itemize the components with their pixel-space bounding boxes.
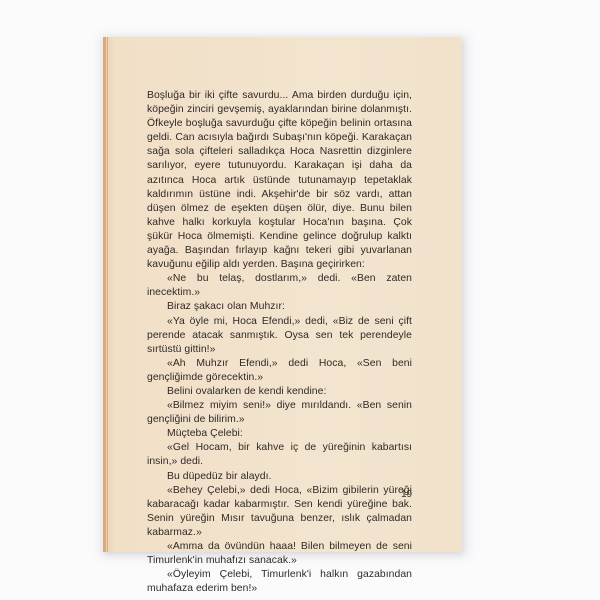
page-body-text: Boşluğa bir iki çifte savurdu... Ama bir… [147, 89, 412, 596]
paragraph: Bu düpedüz bir alaydı. [147, 470, 412, 484]
paragraph: Belini ovalarken de kendi kendine: [147, 385, 412, 399]
book-page: Boşluğa bir iki çifte savurdu... Ama bir… [103, 37, 462, 552]
paragraph: «Behey Çelebi,» dedi Hoca, «Bizim gibile… [147, 484, 412, 540]
paragraph: «Bilmez miyim seni!» diye mırıldandı. «B… [147, 399, 412, 427]
paragraph: «Ah Muhzır Efendi,» dedi Hoca, «Sen beni… [147, 357, 412, 385]
page-spine-edge [103, 37, 106, 552]
paragraph: Müçteba Çelebi: [147, 427, 412, 441]
paragraph: Biraz şakacı olan Muhzır: [147, 300, 412, 314]
paragraph: «Ya öyle mi, Hoca Efendi,» dedi, «Biz de… [147, 315, 412, 357]
paragraph: «Öyleyim Çelebi, Timurlenk'i halkın gaza… [147, 568, 412, 596]
paragraph: Boşluğa bir iki çifte savurdu... Ama bir… [147, 89, 412, 272]
page-number: 19 [401, 489, 412, 500]
page-fold-line [107, 37, 108, 552]
paragraph: «Amma da övündün haaa! Bilen bilmeyen de… [147, 540, 412, 568]
paragraph: «Gel Hocam, bir kahve iç de yüreğinin ka… [147, 441, 412, 469]
paragraph: «Ne bu telaş, dostlarım,» dedi. «Ben zat… [147, 272, 412, 300]
